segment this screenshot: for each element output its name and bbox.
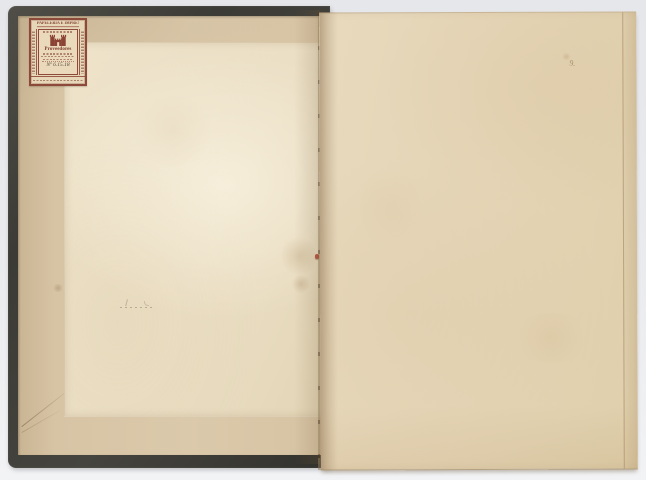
pastedown-endpaper xyxy=(64,42,330,417)
gutter-shadow xyxy=(320,12,338,470)
page-fore-edge xyxy=(622,12,638,468)
printer-bookplate: PAPELERIA E IMPRENTA Proveedores xyxy=(29,18,87,86)
book-scan: PAPELERIA E IMPRENTA Proveedores xyxy=(0,0,646,480)
bookplate-bottom-microtext xyxy=(31,76,85,84)
pencil-annotation xyxy=(120,298,162,312)
bookplate-inner-panel: Proveedores Nº 6.15.18 xyxy=(38,29,78,75)
flyleaf-handwritten-mark: 9. xyxy=(569,58,576,68)
bookplate-side-microtext xyxy=(79,29,85,75)
stain xyxy=(510,313,590,363)
bookplate-title: Proveedores xyxy=(41,46,75,51)
bookplate-handwritten-number: Nº 6.15.18 xyxy=(42,61,74,69)
bookplate-microtext-line xyxy=(43,59,73,61)
stain xyxy=(360,163,420,253)
inside-front-cover: PAPELERIA E IMPRENTA Proveedores xyxy=(8,6,330,468)
bookplate-microtext-line xyxy=(43,31,73,33)
bookplate-side-microtext xyxy=(31,29,37,75)
red-stitch-thread xyxy=(315,254,319,259)
bookplate-top-text: PAPELERIA E IMPRENTA xyxy=(37,21,79,27)
flyleaf-page: 9. xyxy=(319,11,638,470)
bookplate-microtext-line xyxy=(43,53,73,55)
castle-icon xyxy=(49,34,67,46)
gutter-shadow xyxy=(294,10,320,464)
bookplate-microtext-line xyxy=(41,56,75,58)
